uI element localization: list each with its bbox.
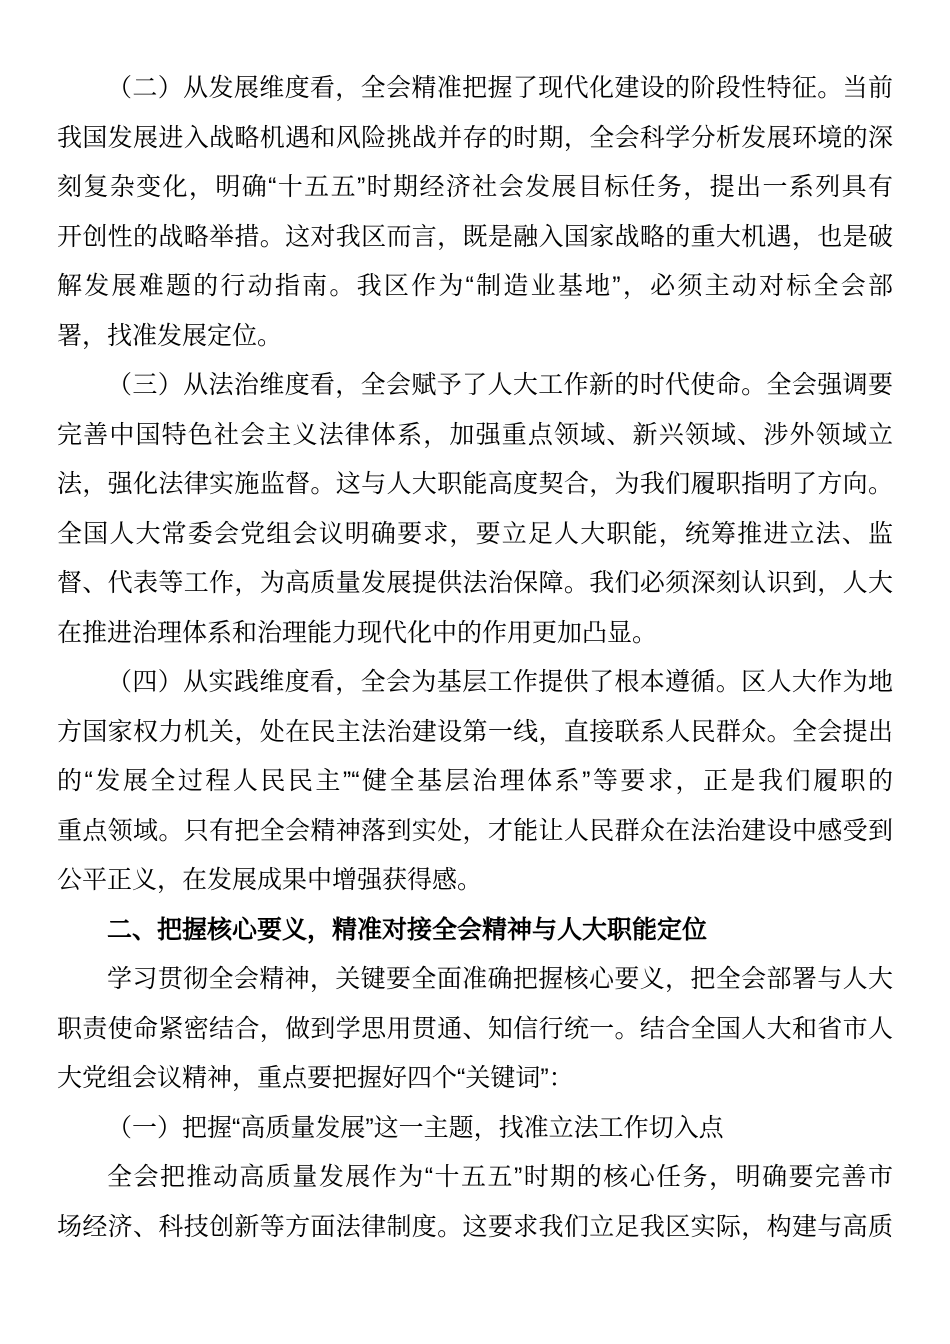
text-line: 督、代表等工作，为高质量发展提供法治保障。我们必须深刻认识到，人大 [57,559,893,609]
text-line: （一）把握“高质量发展”这一主题，找准立法工作切入点 [57,1104,893,1154]
text-line: 法，强化法律实施监督。这与人大职能高度契合，为我们履职指明了方向。 [57,460,893,510]
text-line: 开创性的战略举措。这对我区而言，既是融入国家战略的重大机遇，也是破 [57,213,893,263]
text-line: 大党组会议精神，重点要把握好四个“关键词”： [57,1054,893,1104]
text-line: （四）从实践维度看，全会为基层工作提供了根本遵循。区人大作为地 [57,658,893,708]
text-line: 方国家权力机关，处在民主法治建设第一线，直接联系人民群众。全会提出 [57,708,893,758]
text-line: 完善中国特色社会主义法律体系，加强重点领域、新兴领域、涉外领域立 [57,411,893,461]
body-paragraph: （四）从实践维度看，全会为基层工作提供了根本遵循。区人大作为地方国家权力机关，处… [57,658,893,906]
text-line: 职责使命紧密结合，做到学思用贯通、知信行统一。结合全国人大和省市人 [57,1005,893,1055]
text-line: 公平正义，在发展成果中增强获得感。 [57,856,893,906]
text-line: （二）从发展维度看，全会精准把握了现代化建设的阶段性特征。当前 [57,64,893,114]
text-line: 场经济、科技创新等方面法律制度。这要求我们立足我区实际，构建与高质 [57,1203,893,1253]
body-paragraph: （三）从法治维度看，全会赋予了人大工作新的时代使命。全会强调要完善中国特色社会主… [57,361,893,658]
text-line: 全会把推动高质量发展作为“十五五”时期的核心任务，明确要完善市 [57,1153,893,1203]
sub-heading: （一）把握“高质量发展”这一主题，找准立法工作切入点 [57,1104,893,1154]
text-column: （二）从发展维度看，全会精准把握了现代化建设的阶段性特征。当前我国发展进入战略机… [57,64,893,1252]
text-line: 学习贯彻全会精神，关键要全面准确把握核心要义，把全会部署与人大 [57,955,893,1005]
text-line: 重点领域。只有把全会精神落到实处，才能让人民群众在法治建设中感受到 [57,807,893,857]
section-heading: 二、把握核心要义，精准对接全会精神与人大职能定位 [57,906,893,956]
text-line: 我国发展进入战略机遇和风险挑战并存的时期，全会科学分析发展环境的深 [57,114,893,164]
text-line: 的“发展全过程人民民主”“健全基层治理体系”等要求，正是我们履职的 [57,757,893,807]
text-line: 署，找准发展定位。 [57,312,893,362]
text-line: 二、把握核心要义，精准对接全会精神与人大职能定位 [57,906,893,956]
body-paragraph: （二）从发展维度看，全会精准把握了现代化建设的阶段性特征。当前我国发展进入战略机… [57,64,893,361]
body-paragraph: 学习贯彻全会精神，关键要全面准确把握核心要义，把全会部署与人大职责使命紧密结合，… [57,955,893,1104]
text-line: 刻复杂变化，明确“十五五”时期经济社会发展目标任务，提出一系列具有 [57,163,893,213]
text-line: 全国人大常委会党组会议明确要求，要立足人大职能，统筹推进立法、监 [57,510,893,560]
body-paragraph: 全会把推动高质量发展作为“十五五”时期的核心任务，明确要完善市场经济、科技创新等… [57,1153,893,1252]
text-line: 解发展难题的行动指南。我区作为“制造业基地”，必须主动对标全会部 [57,262,893,312]
document-page: （二）从发展维度看，全会精准把握了现代化建设的阶段性特征。当前我国发展进入战略机… [0,0,950,1344]
text-line: 在推进治理体系和治理能力现代化中的作用更加凸显。 [57,609,893,659]
text-line: （三）从法治维度看，全会赋予了人大工作新的时代使命。全会强调要 [57,361,893,411]
